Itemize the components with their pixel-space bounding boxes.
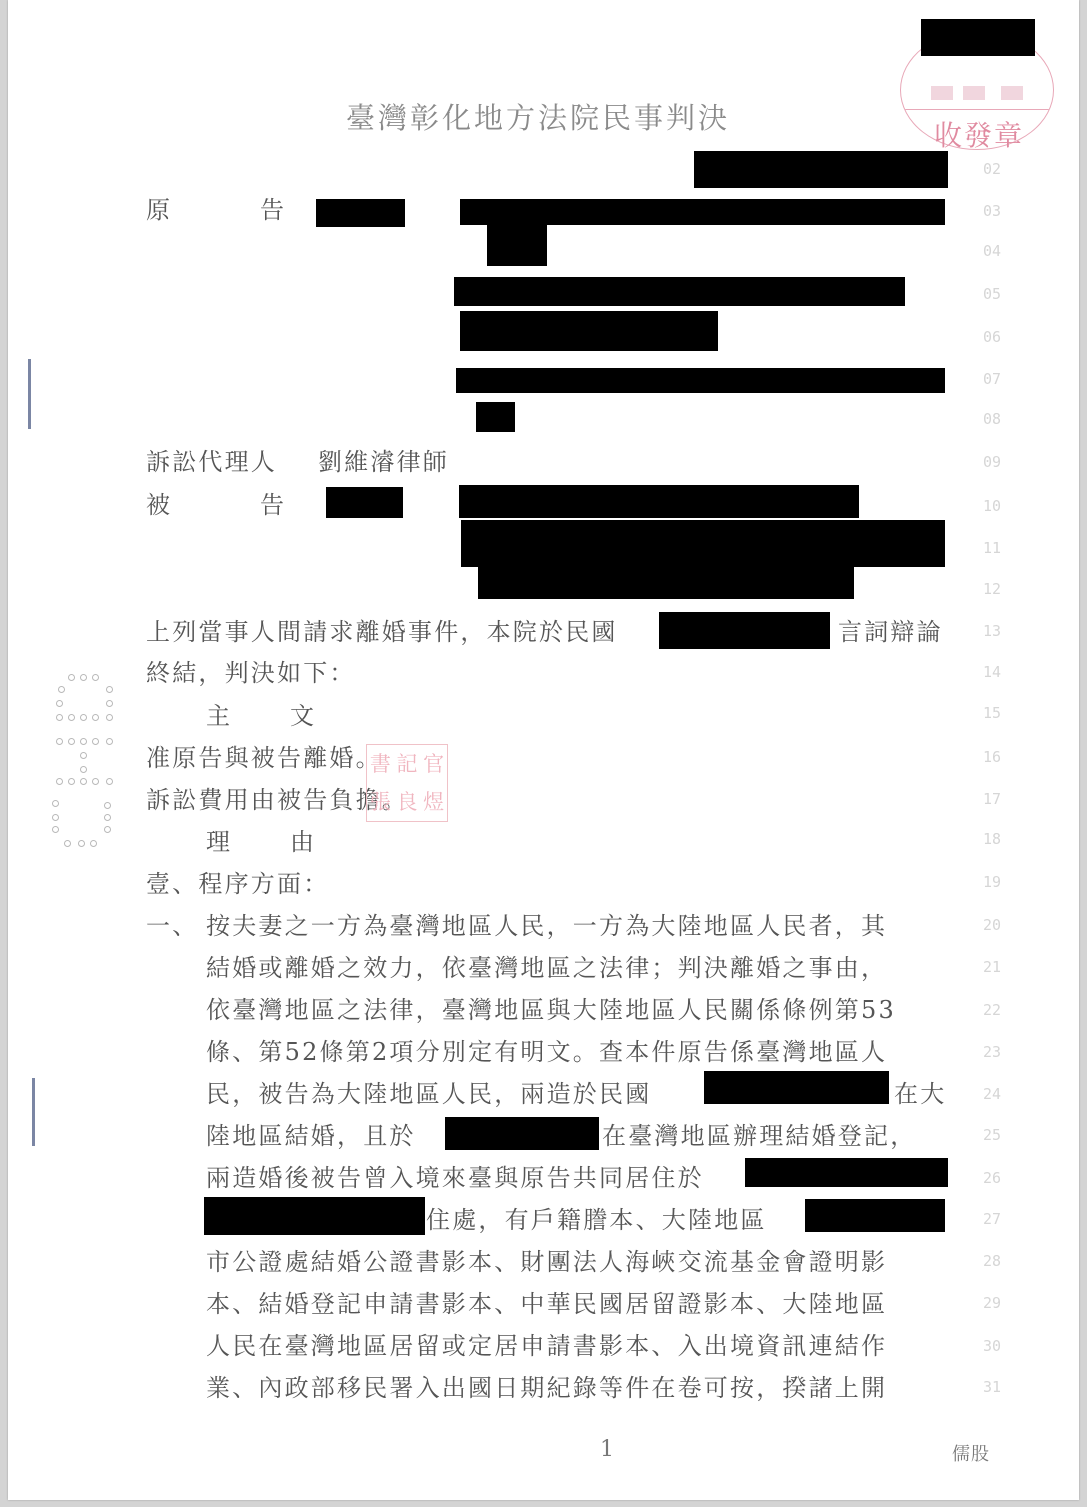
page-number: 1 [600, 1437, 614, 1462]
line-number: 25 [975, 1126, 1009, 1144]
redaction-box [476, 402, 515, 432]
intro-line-1-end: 言詞辯論 [838, 617, 943, 647]
hole-dot [106, 686, 113, 693]
defendant-label: 被 [146, 490, 172, 520]
hole-dot [104, 802, 111, 809]
stamp-blurred-text [931, 86, 953, 100]
hole-dot [68, 714, 75, 721]
binding-hole-marks [48, 670, 118, 850]
hole-dot [106, 714, 113, 721]
redaction-box [454, 277, 905, 306]
document-title: 臺灣彰化地方法院民事判決 [346, 96, 730, 137]
hole-dot [92, 738, 99, 745]
address-redaction [204, 1197, 425, 1235]
hole-dot [52, 826, 59, 833]
line-number: 20 [975, 916, 1009, 934]
hole-dot [78, 840, 85, 847]
line-number: 05 [975, 285, 1009, 303]
hole-dot [56, 738, 63, 745]
seal-char: 官 [420, 745, 447, 783]
intro-line-2: 終結，判決如下： [146, 658, 356, 688]
redaction-box [460, 311, 718, 351]
para-line: 市公證處結婚公證書影本、財團法人海峽交流基金會證明影 [206, 1247, 887, 1277]
line-number: 14 [975, 663, 1009, 681]
seal-char: 書 [367, 745, 394, 783]
line-number: 22 [975, 1001, 1009, 1019]
redaction-box [461, 520, 945, 567]
main-text-heading-1: 主 [206, 701, 232, 731]
para-line: 結婚或離婚之效力，依臺灣地區之法律；判決離婚之事由， [206, 953, 887, 983]
main-text-item: 准原告與被告離婚。 [146, 743, 382, 773]
hole-dot [104, 814, 111, 821]
line-number: 03 [975, 202, 1009, 220]
para-line: 人民在臺灣地區居留或定居申請書影本、入出境資訊連結作 [206, 1331, 887, 1361]
intro-line-1: 上列當事人間請求離婚事件，本院於民國 [146, 617, 618, 647]
hole-dot [106, 778, 113, 785]
seal-char: 良 [394, 783, 421, 821]
line-number: 11 [975, 539, 1009, 557]
line-number: 10 [975, 497, 1009, 515]
hole-dot [68, 778, 75, 785]
agent-label: 訴訟代理人 [146, 447, 277, 477]
line-number: 12 [975, 580, 1009, 598]
hole-dot [92, 674, 99, 681]
para-line: 業、內政部移民署入出國日期紀錄等件在卷可按，揆諸上開 [206, 1373, 887, 1403]
receipt-stamp-label: 收發章 [934, 114, 1024, 154]
hole-dot [92, 778, 99, 785]
line-number: 31 [975, 1378, 1009, 1396]
reasons-heading-2: 由 [290, 827, 316, 857]
hole-dot [90, 840, 97, 847]
hole-dot [80, 766, 87, 773]
defendant-label-end: 告 [260, 490, 286, 520]
seal-char: 煜 [420, 783, 447, 821]
line-number: 17 [975, 790, 1009, 808]
line-number: 16 [975, 748, 1009, 766]
line-number: 15 [975, 704, 1009, 722]
line-number: 18 [975, 830, 1009, 848]
section-title: 壹、程序方面： [146, 869, 329, 899]
stamp-divider [901, 109, 1053, 110]
stamp-blurred-text [963, 86, 985, 100]
line-number: 29 [975, 1294, 1009, 1312]
margin-mark [32, 1078, 35, 1146]
hole-dot [56, 778, 63, 785]
redaction-box [487, 224, 547, 266]
line-number: 08 [975, 410, 1009, 428]
main-text-heading-2: 文 [290, 701, 316, 731]
date-redaction [445, 1117, 599, 1150]
line-number: 07 [975, 370, 1009, 388]
line-number: 24 [975, 1085, 1009, 1103]
para-line: 條、第52條第2項分別定有明文。查本件原告係臺灣地區人 [206, 1037, 887, 1067]
line-number: 28 [975, 1252, 1009, 1270]
line-number: 06 [975, 328, 1009, 346]
seal-char: 記 [394, 745, 421, 783]
line-number: 13 [975, 622, 1009, 640]
para-line: 按夫妻之一方為臺灣地區人民，一方為大陸地區人民者，其 [206, 911, 887, 941]
para-line: 依臺灣地區之法律，臺灣地區與大陸地區人民關係條例第53 [206, 995, 896, 1025]
date-redaction [659, 612, 830, 649]
clerk-seal: 書 記 官 張 良 煜 [366, 744, 448, 822]
line-number: 21 [975, 958, 1009, 976]
hole-dot [104, 826, 111, 833]
line-number: 02 [975, 160, 1009, 178]
location-redaction [805, 1199, 945, 1232]
hole-dot [68, 674, 75, 681]
label-char: 告 [260, 196, 286, 224]
seal-char: 張 [367, 783, 394, 821]
stamp-blurred-text [1001, 86, 1023, 100]
line-number: 09 [975, 453, 1009, 471]
para-line: 兩造婚後被告曾入境來臺與原告共同居住於 [206, 1163, 704, 1193]
hole-dot [80, 674, 87, 681]
hole-dot [56, 700, 63, 707]
para-line-end: 在臺灣地區辦理結婚登記， [602, 1121, 916, 1151]
margin-mark [28, 359, 31, 429]
defendant-name-redaction [326, 487, 403, 518]
hole-dot [68, 738, 75, 745]
reasons-heading-1: 理 [206, 827, 232, 857]
hole-dot [58, 686, 65, 693]
line-number: 26 [975, 1169, 1009, 1187]
para-marker: 一、 [146, 911, 198, 941]
hole-dot [52, 814, 59, 821]
label-char: 告 [260, 491, 286, 519]
hole-dot [80, 714, 87, 721]
para-line: 民，被告為大陸地區人民，兩造於民國 [206, 1079, 651, 1109]
line-number: 30 [975, 1337, 1009, 1355]
hole-dot [64, 840, 71, 847]
line-number: 27 [975, 1210, 1009, 1228]
agent-name: 劉維濬律師 [318, 447, 449, 477]
hole-dot [92, 714, 99, 721]
line-number: 23 [975, 1043, 1009, 1061]
hole-dot [106, 700, 113, 707]
hole-dot [106, 738, 113, 745]
redaction-box [478, 566, 854, 599]
line-number: 19 [975, 873, 1009, 891]
redaction-box [456, 368, 945, 393]
hole-dot [80, 778, 87, 785]
label-char: 被 [146, 491, 172, 519]
para-line-end: 在大 [894, 1079, 946, 1109]
plaintiff-label-end: 告 [260, 195, 286, 225]
plaintiff-address-redaction [460, 199, 945, 225]
para-line: 陸地區結婚，且於 [206, 1121, 416, 1151]
court-unit: 儒股 [952, 1440, 990, 1466]
line-number: 04 [975, 242, 1009, 260]
hole-dot [52, 800, 59, 807]
para-line: 本、結婚登記申請書影本、中華民國居留證影本、大陸地區 [206, 1289, 887, 1319]
plaintiff-name-redaction [316, 199, 405, 227]
label-char: 原 [146, 196, 172, 224]
redaction-box [694, 151, 948, 188]
para-line: 住處，有戶籍謄本、大陸地區 [426, 1205, 767, 1235]
defendant-address-redaction [459, 485, 859, 518]
hole-dot [80, 738, 87, 745]
date-redaction [704, 1071, 889, 1104]
hole-dot [80, 752, 87, 759]
address-redaction [745, 1158, 948, 1187]
plaintiff-label: 原 [146, 195, 172, 225]
redaction-box [921, 19, 1035, 56]
hole-dot [56, 714, 63, 721]
